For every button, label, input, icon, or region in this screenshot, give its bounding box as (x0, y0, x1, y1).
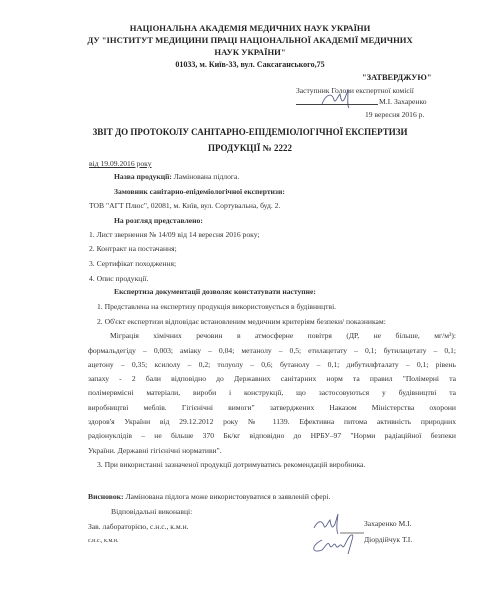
submitted-item: 4. Опис продукції. (89, 274, 148, 283)
customer-label: Замовник санітарно-епідеміологічної експ… (114, 187, 285, 196)
product-row: Назва продукції: Ламінована підлога. (114, 172, 239, 181)
finding-para-line: України. Державні гігієнічні нормативи". (88, 446, 222, 455)
approval-label: "ЗАТВЕРДЖУЮ" (362, 73, 432, 82)
conclusion-value: Ламінована підлога може використовуватис… (125, 492, 330, 501)
responsible-title: Зав. лабораторією, с.н.с., к.м.н. (88, 522, 189, 531)
document-page: НАЦІОНАЛЬНА АКАДЕМІЯ МЕДИЧНИХ НАУК УКРАЇ… (0, 0, 500, 600)
responsible-label: Відповідальні виконавці: (111, 507, 192, 516)
conclusion-row: Висновок: Ламінована підлога може викори… (88, 492, 330, 501)
submitted-item: 3. Сертифікат походження; (89, 259, 176, 268)
approval-signature-icon (318, 88, 364, 110)
responsible-title: с.н.с., к.м.н. (88, 538, 118, 544)
finding-item-2: 2. Об'єкт експертизи відповідає встановл… (97, 317, 386, 326)
finding-para-line: формальдегіду – 0,003; аміаку – 0,04; ме… (88, 346, 456, 355)
finding-para-line: полімервмісні матеріали, вироби і констр… (88, 388, 456, 397)
submitted-item: 1. Лист звернення № 14/09 від 14 вересня… (89, 230, 260, 239)
finding-para-line: здоров'я України від 29.12.2012 року № 1… (88, 417, 456, 426)
customer-value: ТОВ "АГТ Плюс", 02081, м. Київ, вул. Сор… (89, 201, 280, 210)
product-value: Ламінована підлога. (174, 172, 240, 181)
conclusion-label: Висновок: (88, 492, 124, 501)
responsible-name: Захаренко М.І. (364, 519, 412, 528)
org-header-line3: НАУК УКРАЇНИ" (0, 47, 500, 57)
org-address: 01033, м. Київ-33, вул. Саксаганського,7… (0, 60, 500, 69)
approval-signature-line (296, 104, 378, 105)
finding-item-1: 1. Представлена на експертизу продукція … (97, 302, 336, 311)
finding-para-line: Міграція хімічних речовин в атмосферне п… (110, 331, 456, 340)
approval-name: М.І. Захаренко (379, 97, 427, 106)
findings-label: Експертиза документації дозволяє констат… (114, 287, 316, 296)
product-label: Назва продукції: (114, 172, 172, 181)
org-header-line2: ДУ "ІНСТИТУТ МЕДИЦИНИ ПРАЦІ НАЦІОНАЛЬНОЇ… (0, 35, 500, 45)
approval-date: 19 вересня 2016 р. (365, 110, 424, 119)
report-title-line2: ПРОДУКЦІЇ № 2222 (0, 143, 500, 153)
finding-para-line: радіонуклідів – не більше 370 Бк/кг відп… (88, 431, 456, 440)
finding-para-line: ацетону – 0,35; ксилолу – 0,2; толуолу –… (88, 360, 456, 369)
submitted-label: На розгляд представлено: (114, 216, 203, 225)
report-title-line1: ЗВІТ ДО ПРОТОКОЛУ САНІТАРНО-ЕПІДЕМІОЛОГІ… (0, 127, 500, 137)
responsible-name: Діордійчук Т.І. (364, 535, 412, 544)
finding-item-3: 3. При використанні зазначеної продукції… (97, 460, 365, 469)
submitted-item: 2. Контракт на постачання; (89, 244, 177, 253)
finding-para-line: запаху - 2 бали відповідно до Державних … (88, 374, 456, 383)
report-date: від 19.09.2016 року (89, 159, 152, 168)
finding-para-line: виробництві меблів. Гігієнічні вимоги" з… (88, 403, 456, 412)
org-header-line1: НАЦІОНАЛЬНА АКАДЕМІЯ МЕДИЧНИХ НАУК УКРАЇ… (0, 23, 500, 33)
responsible-signatures-icon (300, 510, 364, 556)
